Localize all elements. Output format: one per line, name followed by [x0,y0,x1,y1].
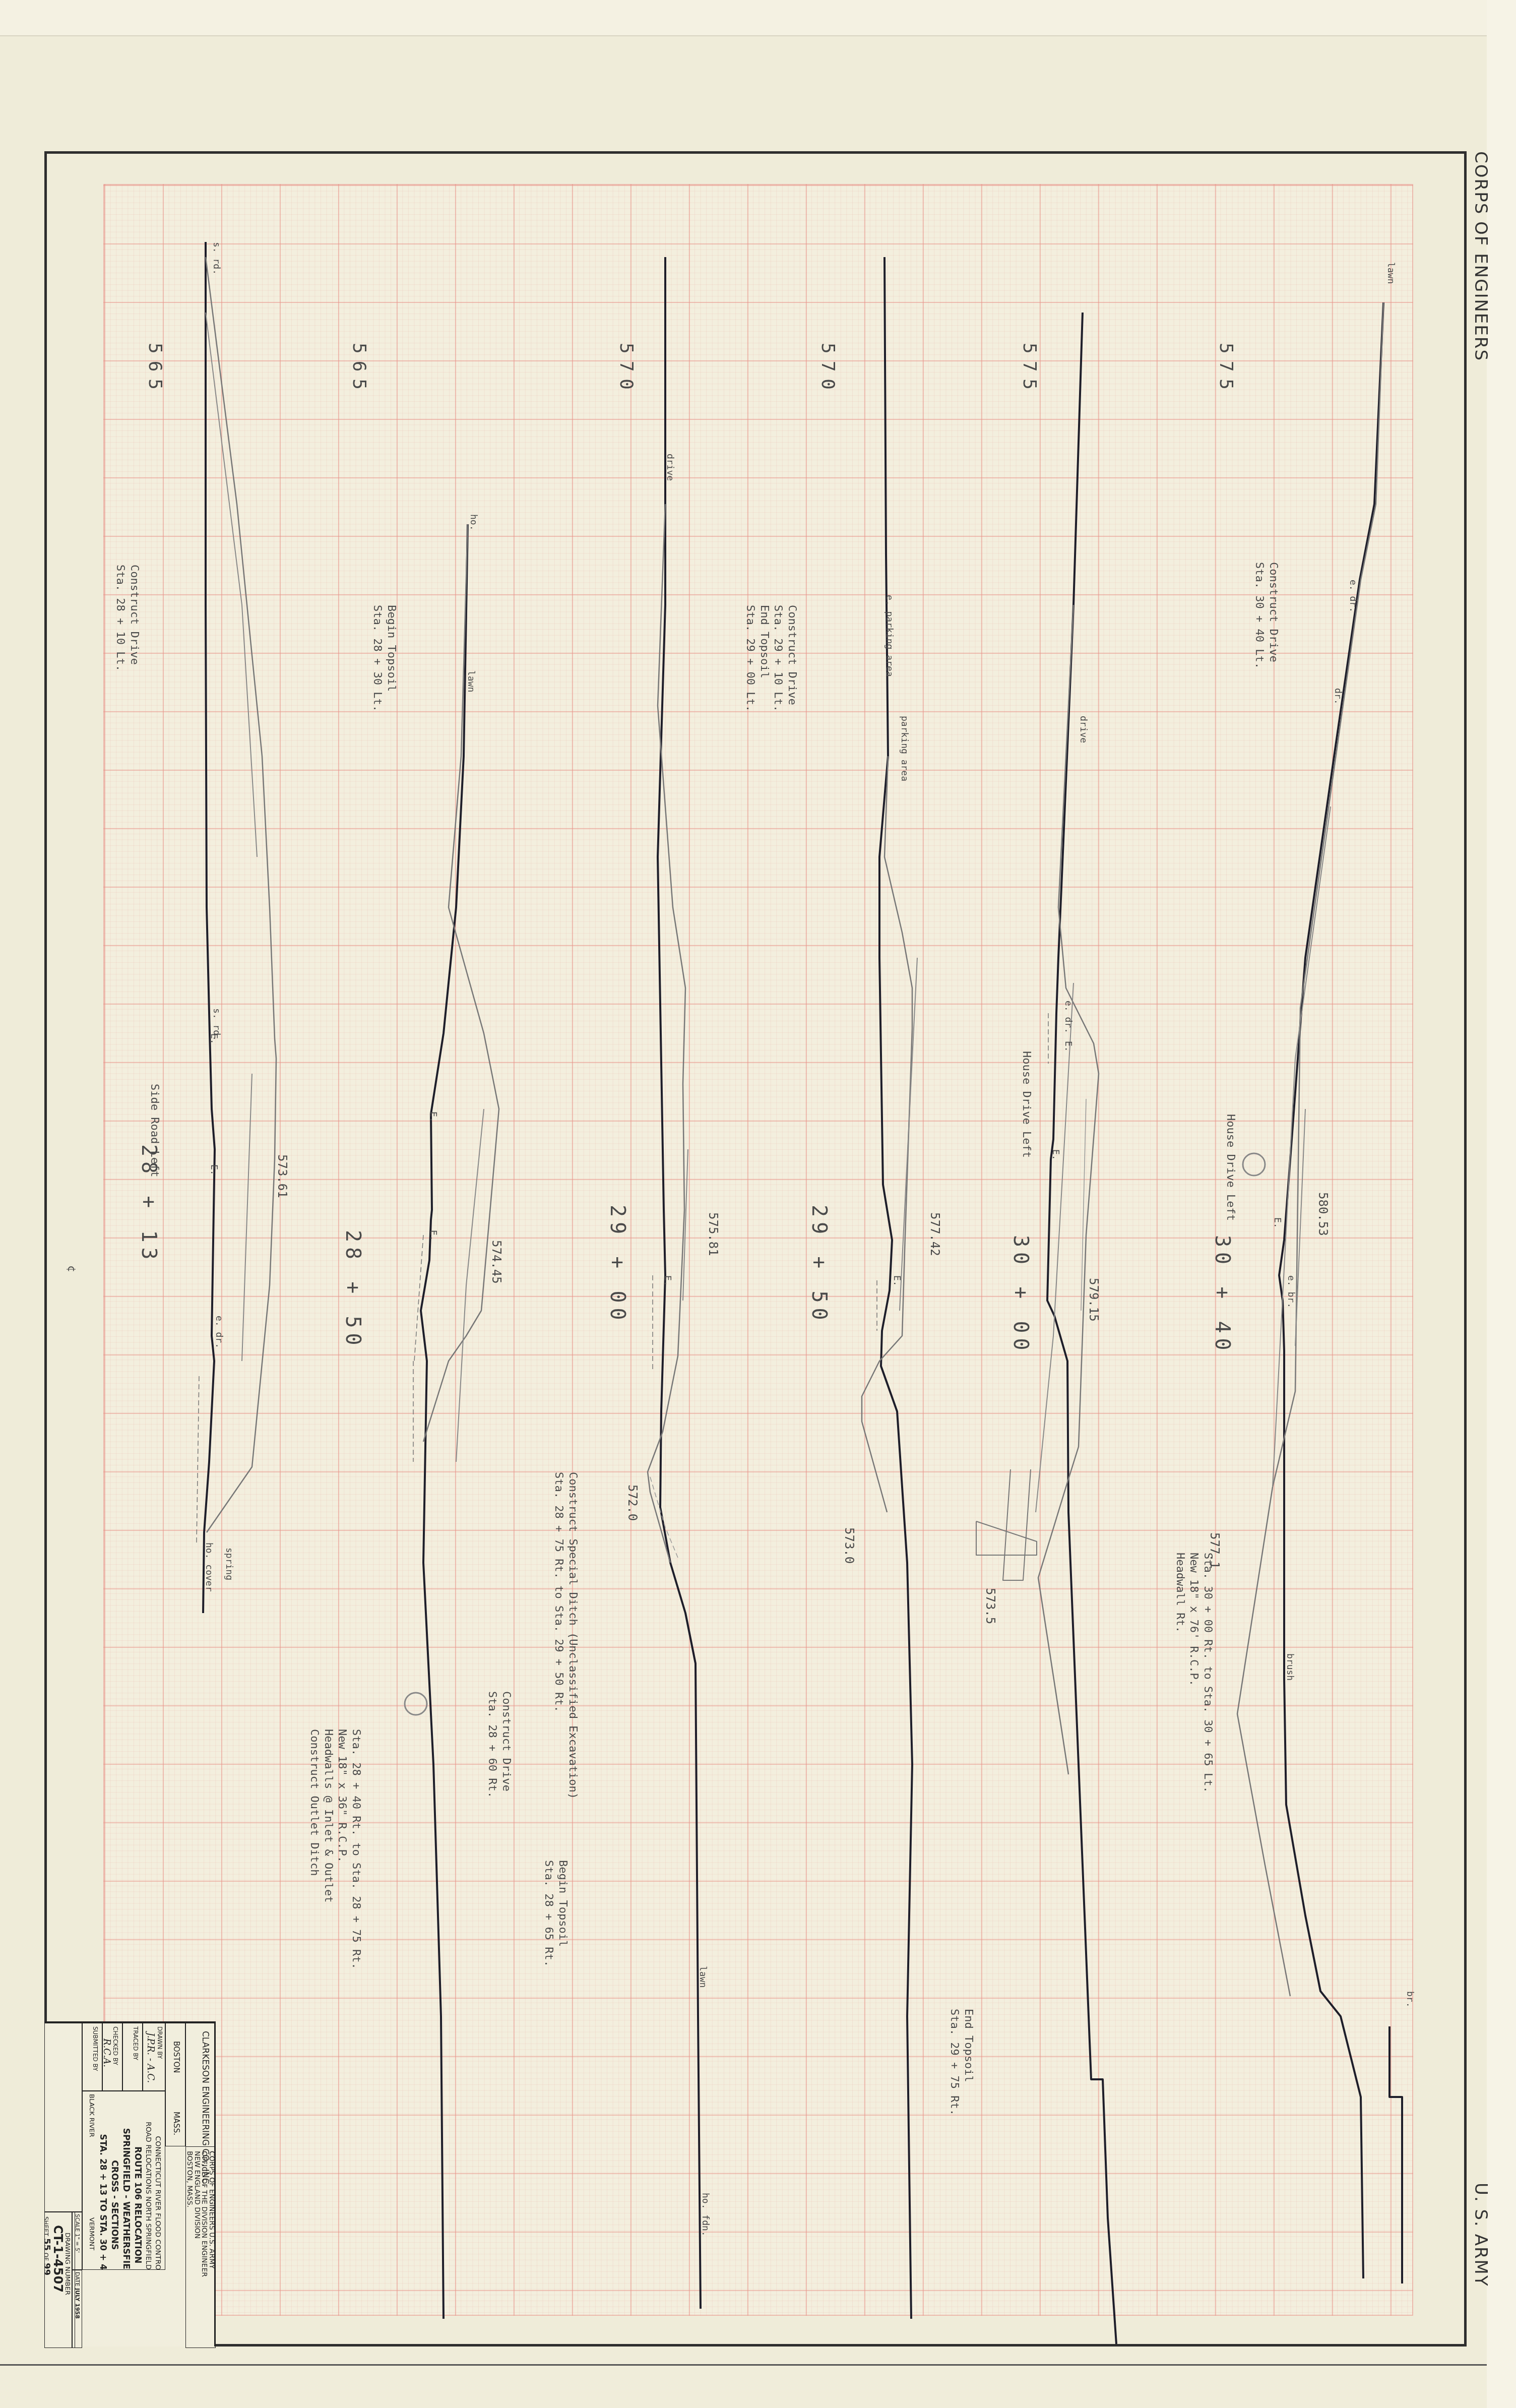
ditch-elevation: 573.0 [842,1527,857,1564]
feature-label: e. dr. [213,1316,225,1348]
sheet-number: SHEET 55 OF 99 [44,2216,52,2275]
station-label: 29 + 50 [806,1205,832,1325]
blank-cell [44,2023,82,2212]
feature-label: lawn [465,670,477,692]
traced-by-label: TRACED BY [132,2026,139,2060]
grade-elevation: 580.53 [1315,1192,1331,1236]
section-28-13-profile [197,242,276,1613]
feature-label: parking area [899,716,910,781]
elevation-label: 565 [144,343,166,397]
drawing-number-cell: DRAWING NUMBER CT-1-4507 SHEET 55 OF 99 [44,2212,72,2348]
checked-by-cell: CHECKED BY R.C.A. [102,2023,122,2091]
section-name: House Drive Left [1224,1114,1238,1221]
section-30-00-profile [976,313,1116,2344]
feature-label: dr. [1332,688,1344,705]
construction-note: End Topsoil Sta. 29 + 75 Rt. [948,2009,975,2116]
date-text: DATE JULY 1958 [74,2272,81,2319]
construction-note: Construct Drive Sta. 30 + 40 Lt. [1252,562,1280,669]
title-block: CLARKESON ENGINEERING CO., INC. CORPS OF… [44,2021,216,2347]
section-name: Side Road Left [148,1084,162,1177]
elevation-label: 570 [816,343,839,397]
elevation-label: 570 [615,343,638,397]
drawing-number: CT-1-4507 [50,2225,65,2293]
ditch-elevation: 573.5 [983,1588,998,1624]
construction-note: Begin Topsoil Sta. 28 + 30 Lt. [370,605,398,712]
station-label: 30 + 00 [1008,1235,1033,1355]
feature-label: lawn [1385,262,1397,284]
grade-elevation: 579.15 [1086,1278,1101,1322]
construction-note: Sta. 30 + 00 Rt. to Sta. 30 + 65 Lt. New… [1173,1553,1215,1793]
date-cell: DATE JULY 1958 [72,2270,82,2348]
feature-label: E. [662,1275,673,1286]
grade-elevation: 575.81 [706,1212,721,1256]
river-name: BLACK RIVER [87,2094,95,2137]
grade-elevation: 573.61 [275,1154,290,1198]
feature-label: E. [427,1112,439,1123]
feature-label: drive [1078,716,1089,743]
feature-label: spring [223,1548,235,1580]
feature-label: ho. [468,514,479,531]
construction-note: Construct Drive Sta. 28 + 10 Lt. [113,565,141,671]
firm-city: BOSTON [172,2041,181,2073]
checked-by-value: R.C.A. [102,2039,112,2067]
ditch-elevation: 572.0 [625,1485,640,1521]
us-army-label: U. S. ARMY [1471,2183,1491,2287]
feature-label: E. [208,1033,220,1044]
submitted-by-cell: SUBMITTED BY [82,2023,102,2091]
feature-label: E. [891,1275,903,1286]
feature-label: E. [208,1164,220,1176]
feature-label: E. [427,1230,439,1241]
feature-label: ho. cover [203,1542,215,1592]
state-location: VERMONT [87,2217,95,2250]
scale-cell: SCALE 1" = 5' [72,2212,82,2270]
grade-elevation: 574.45 [489,1240,504,1284]
project-cell: CONNECTICUT RIVER FLOOD CONTROLROAD RELO… [82,2091,165,2270]
station-label: 30 + 40 [1210,1235,1235,1355]
section-name: House Drive Left [1020,1051,1034,1158]
feature-label: brush [1284,1653,1296,1681]
drawn-by-value: J.P.R. - A.C. [145,2032,156,2083]
elevation-label: 575 [1018,343,1041,397]
project-description: CONNECTICUT RIVER FLOOD CONTROLROAD RELO… [97,2122,162,2270]
elevation-label: 565 [348,343,370,397]
checked-by-label: CHECKED BY [112,2026,119,2065]
construction-note: Construct Drive Sta. 28 + 60 Rt. [485,1691,513,1798]
feature-label: E. [1272,1217,1283,1228]
drawn-by-cell: DRAWN BY J.P.R. - A.C. [143,2023,165,2091]
feature-label: s. rd. [211,242,222,275]
centerline-mark: ¢ [65,1265,79,1272]
feature-label: E. [1062,1041,1074,1052]
construction-note: Sta. 28 + 40 Rt. to Sta. 28 + 75 Rt. New… [307,1729,363,1969]
feature-label: E. [1050,1149,1061,1160]
station-label: 29 + 00 [605,1205,630,1325]
section-29-00-profile [648,257,701,2309]
agency-cell: CORPS OF ENGINEERS U.S. ARMYOFFICE OF TH… [185,2146,216,2348]
feature-label: drive [664,454,676,481]
feature-label: e. br. [1285,1275,1297,1308]
drawn-by-label: DRAWN BY [156,2026,163,2059]
feature-label: lawn [697,1966,709,1988]
scale-text: SCALE 1" = 5' [74,2214,81,2253]
construction-note: Construct Drive Sta. 29 + 10 Lt. End Top… [743,605,799,712]
construction-note: Begin Topsoil Sta. 28 + 65 Rt. [542,1860,570,1967]
cross-section-drawing [0,0,1516,2408]
pinhole-circle [1243,1153,1265,1176]
elevation-label: 575 [1215,343,1237,397]
pinhole-circle [405,1693,427,1715]
submitted-by-label: SUBMITTED BY [92,2026,99,2071]
grade-elevation: 577.42 [927,1212,942,1256]
agency-text: CORPS OF ENGINEERS U.S. ARMYOFFICE OF TH… [185,2151,215,2277]
feature-label: br. [1404,1991,1416,2008]
traced-by-cell: TRACED BY [122,2023,143,2091]
firm-state: MASS. [172,2112,181,2135]
construction-note: Construct Special Ditch (Unclassified Ex… [552,1472,580,1799]
feature-label: e. dr. [1062,1001,1074,1033]
city-row: BOSTON MASS. [165,2023,185,2146]
corps-of-engineers-label: CORPS OF ENGINEERS [1471,151,1491,361]
station-label: 28 + 50 [340,1230,365,1350]
section-28-50-profile [413,524,499,2319]
feature-label: ho. fdn. [700,2193,711,2237]
feature-label: e. parking area [883,595,895,677]
feature-label: e. dr. [1347,580,1359,612]
section-29-50-profile [862,257,917,2319]
